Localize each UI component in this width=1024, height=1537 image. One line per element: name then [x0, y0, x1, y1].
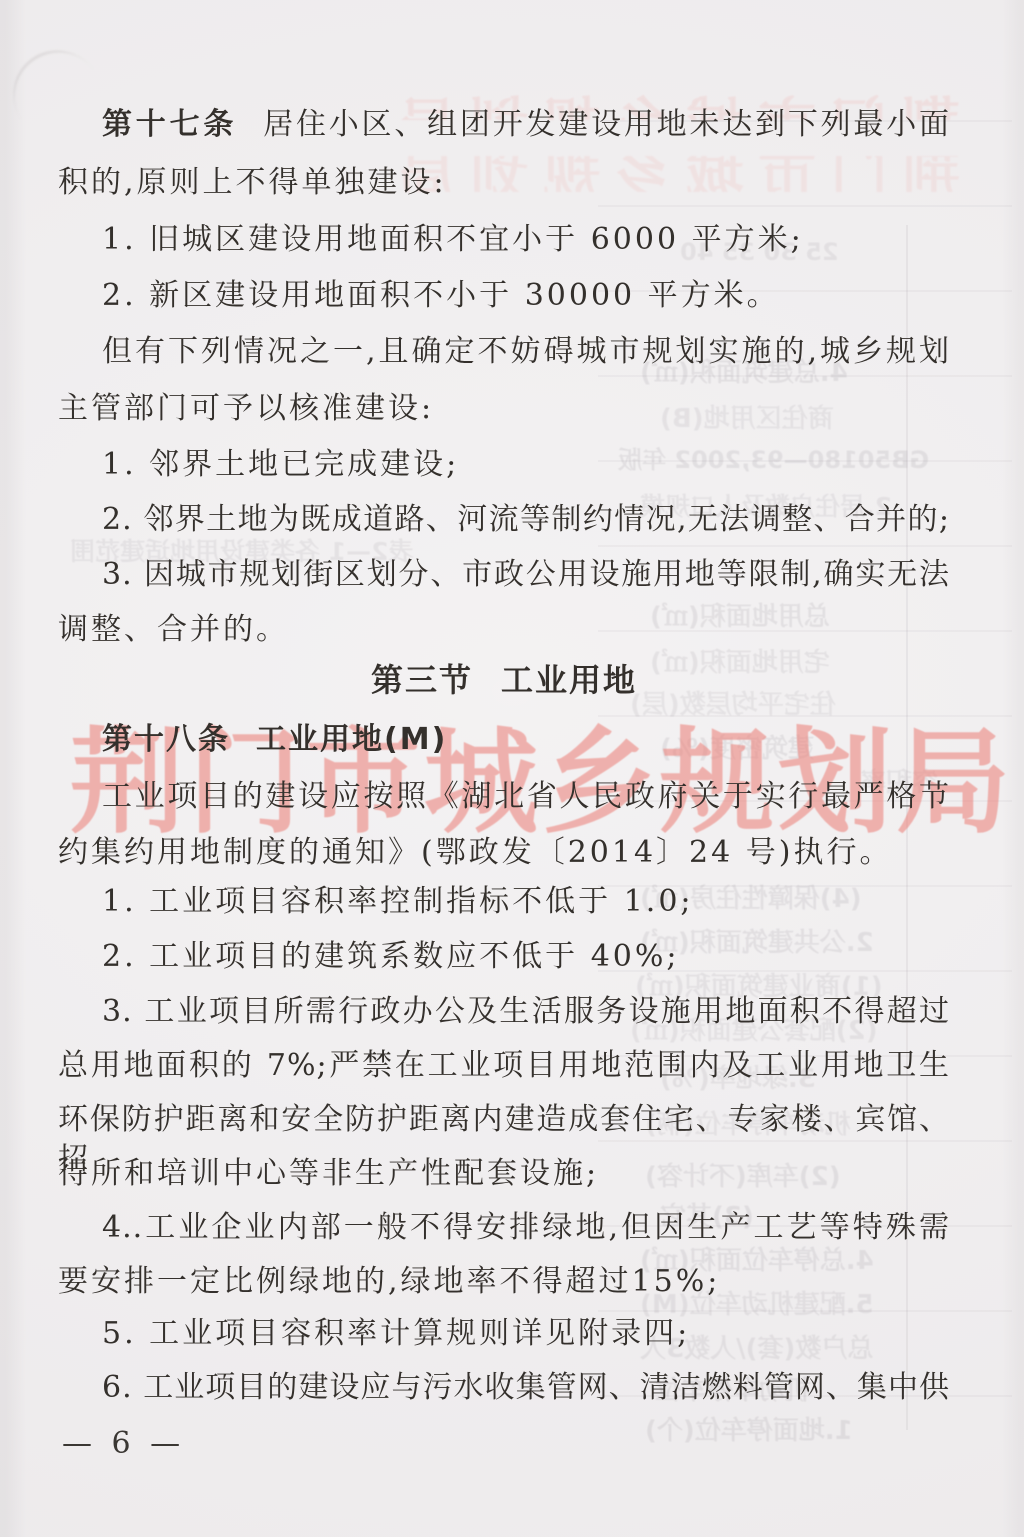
page-number: — 6 —	[62, 1424, 185, 1464]
article-18-heading-line: 第十八条工业用地(M)	[102, 720, 447, 760]
list-item-line: 1. 旧城区建设用地面积不宜小于 6000 平方米;	[102, 220, 804, 260]
article-18-number: 第十八条	[102, 722, 230, 757]
list-item-line: 6. 工业项目的建设应与污水收集管网、清洁燃料管网、集中供	[102, 1368, 950, 1408]
list-item-line: 2. 邻界土地为既成道路、河流等制约情况,无法调整、合并的;	[102, 500, 950, 540]
list-item-line: 3. 工业项目所需行政办公及生活服务设施用地面积不得超过	[102, 992, 950, 1032]
list-item-line: 5. 工业项目容积率计算规则详见附录四;	[102, 1314, 690, 1354]
paragraph-line: 要安排一定比例绿地的,绿地率不得超过15%;	[58, 1262, 720, 1302]
ghost-text-row: 总用地面积(㎡)	[650, 596, 830, 633]
paragraph-line: 待所和培训中心等非生产性配套设施;	[58, 1154, 599, 1194]
paragraph-line: 积的,原则上不得单独建设:	[58, 163, 447, 203]
ghost-text-row: GB50180—93,2002 年版	[618, 440, 929, 475]
list-item-line: 4..工业企业内部一般不得安排绿地,但因生产工艺等特殊需	[102, 1208, 950, 1248]
paragraph-line: 约集约用地制度的通知》(鄂政发〔2014〕24 号)执行。	[58, 833, 892, 873]
section-number: 第三节	[371, 661, 473, 699]
paragraph-line: 主管部门可予以核准建设:	[58, 389, 434, 429]
ghost-text-row: 1.地面停车位(个)	[645, 1410, 853, 1447]
list-item-line: 1. 邻界土地已完成建设;	[102, 445, 459, 485]
ghost-text-row: 商住区用地(B)	[660, 398, 834, 435]
scanned-document-page: 荆门市城乡规划局 荆门市城乡规划局 25 30 35 40 4.总建筑面积(㎡)…	[0, 0, 1024, 1537]
list-item-line: 3. 因城市规划街区划分、市政公用设施用地等限制,确实无法	[102, 555, 950, 595]
paragraph-line: 调整、合并的。	[58, 610, 289, 650]
list-item-line: 1. 工业项目容积率控制指标不低于 1.0;	[102, 882, 694, 922]
section-3-heading: 第三节工业用地	[58, 660, 950, 700]
article-17-number: 第十七条	[102, 107, 237, 142]
list-item-line: 2. 新区建设用地面积不小于 30000 平方米。	[102, 276, 780, 316]
list-item-line: 2. 工业项目的建筑系数应不低于 40%;	[102, 937, 679, 977]
line-text: 居住小区、组团开发建设用地未达到下列最小面	[263, 107, 950, 142]
paragraph-line: 工业项目的建设应按照《湖北省人民政府关于实行最严格节	[102, 777, 950, 817]
article-17-opening-line: 第十七条居住小区、组团开发建设用地未达到下列最小面	[102, 105, 950, 145]
section-title: 工业用地	[501, 661, 637, 699]
article-18-title: 工业用地(M)	[256, 722, 447, 757]
paragraph-line: 但有下列情况之一,且确定不妨碍城市规划实施的,城乡规划	[102, 332, 950, 372]
paragraph-line: 总用地面积的 7%;严禁在工业项目用地范围内及工业用地卫生	[58, 1046, 950, 1086]
